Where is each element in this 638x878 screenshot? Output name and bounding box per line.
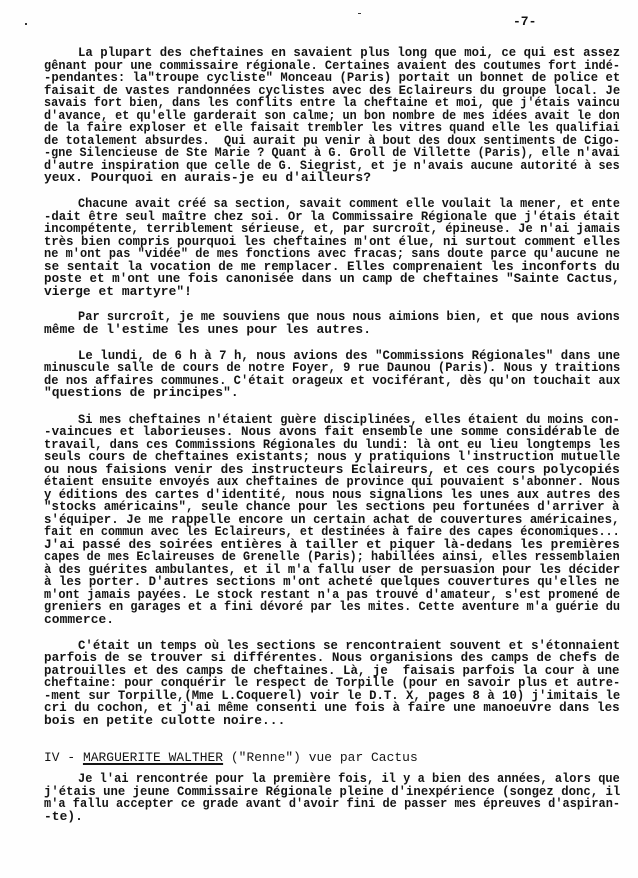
text-line: -te). xyxy=(44,810,83,823)
section-heading-suffix: ("Renne") vue par Cactus xyxy=(223,750,418,765)
scan-speck xyxy=(25,23,27,25)
scan-speck xyxy=(358,13,361,14)
section-heading: IV - MARGUERITE WALTHER ("Renne") vue pa… xyxy=(44,751,418,764)
text-line: bois en petite culotte noire... xyxy=(44,714,285,727)
text-line: greniers en garages et a fini dévoré par… xyxy=(44,600,620,613)
text-line: "questions de principes". xyxy=(44,386,239,399)
section-heading-prefix: IV - xyxy=(44,750,83,765)
section-heading-name: MARGUERITE WALTHER xyxy=(83,750,223,765)
text-line: même de l'estime les unes pour les autre… xyxy=(44,323,371,336)
text-line: commerce. xyxy=(44,613,114,626)
text-line: m'a fallu accepter ce grade avant d'avoi… xyxy=(44,797,620,810)
page-number: -7- xyxy=(513,14,536,29)
text-line: yeux. Pourquoi en aurais-je eu d'ailleur… xyxy=(44,171,371,184)
text-line: vierge et martyre"! xyxy=(44,285,192,298)
document-page: -7- La plupart des cheftaines en savaien… xyxy=(0,0,638,878)
